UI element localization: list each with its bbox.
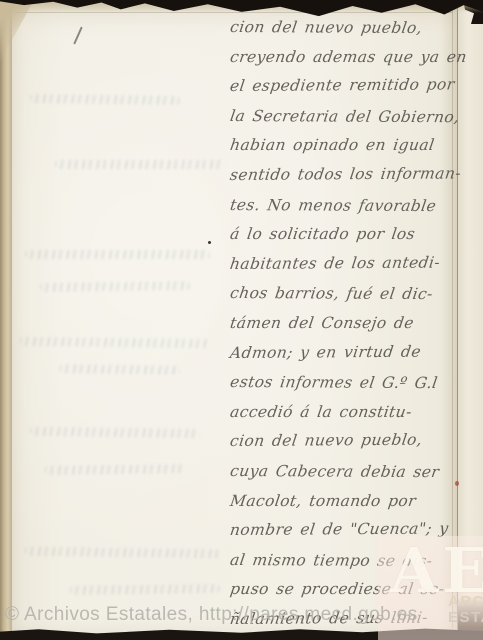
manuscript-line: cion del nuevo pueblo, — [228, 13, 467, 44]
manuscript-line: habian opinado en igual — [228, 131, 467, 161]
scanned-manuscript-page: { "document": { "type": "handwritten man… — [0, 0, 483, 640]
archives-logo-name-line1: ARCHIVOS — [448, 594, 483, 610]
show-through-line — [60, 364, 180, 375]
page-stack-edge — [0, 0, 12, 640]
show-through-line — [20, 337, 210, 349]
manuscript-line: Admon; y en virtud de — [228, 337, 467, 368]
manuscript-line: támen del Consejo de — [228, 309, 467, 339]
manuscript-line: chos barrios, fué el dic- — [228, 279, 467, 310]
manuscript-line: cuya Cabecera debia ser — [228, 457, 467, 488]
manuscript-line: habitantes de los antedi- — [228, 248, 467, 279]
manuscript-line: tes. No menos favorable — [228, 191, 467, 222]
show-through-line — [30, 427, 200, 438]
archives-credit-watermark: © Archivos Estatales, http://pares.mecd.… — [5, 604, 418, 626]
show-through-line — [70, 584, 220, 595]
show-through-line — [25, 250, 210, 259]
show-through-line — [45, 464, 185, 475]
manuscript-line: á lo solicitado por los — [228, 220, 467, 250]
show-through-line — [30, 94, 180, 105]
manuscript-line: accedió á la constitu- — [228, 398, 467, 428]
show-through-line — [40, 281, 190, 292]
manuscript-line: creyendo ademas que ya en — [228, 43, 467, 73]
manuscript-line: Macolot, tomando por — [228, 487, 467, 517]
archives-logo-name-line2: ESTATALES — [448, 610, 483, 626]
show-through-line — [25, 547, 220, 559]
manuscript-line: estos informes el G.º G.l — [228, 368, 467, 399]
manuscript-line: sentido todos los informan- — [228, 159, 467, 190]
show-through-line — [55, 160, 225, 169]
ink-dot — [208, 241, 211, 244]
manuscript-line: el espediente remitido por — [228, 71, 467, 102]
red-speck — [455, 481, 459, 486]
manuscript-line: la Secretaria del Gobierno, — [228, 102, 467, 133]
archives-logo-name: ARCHIVOS ESTATALES — [448, 594, 483, 626]
manuscript-line: cion del nuevo pueblo, — [228, 426, 467, 457]
